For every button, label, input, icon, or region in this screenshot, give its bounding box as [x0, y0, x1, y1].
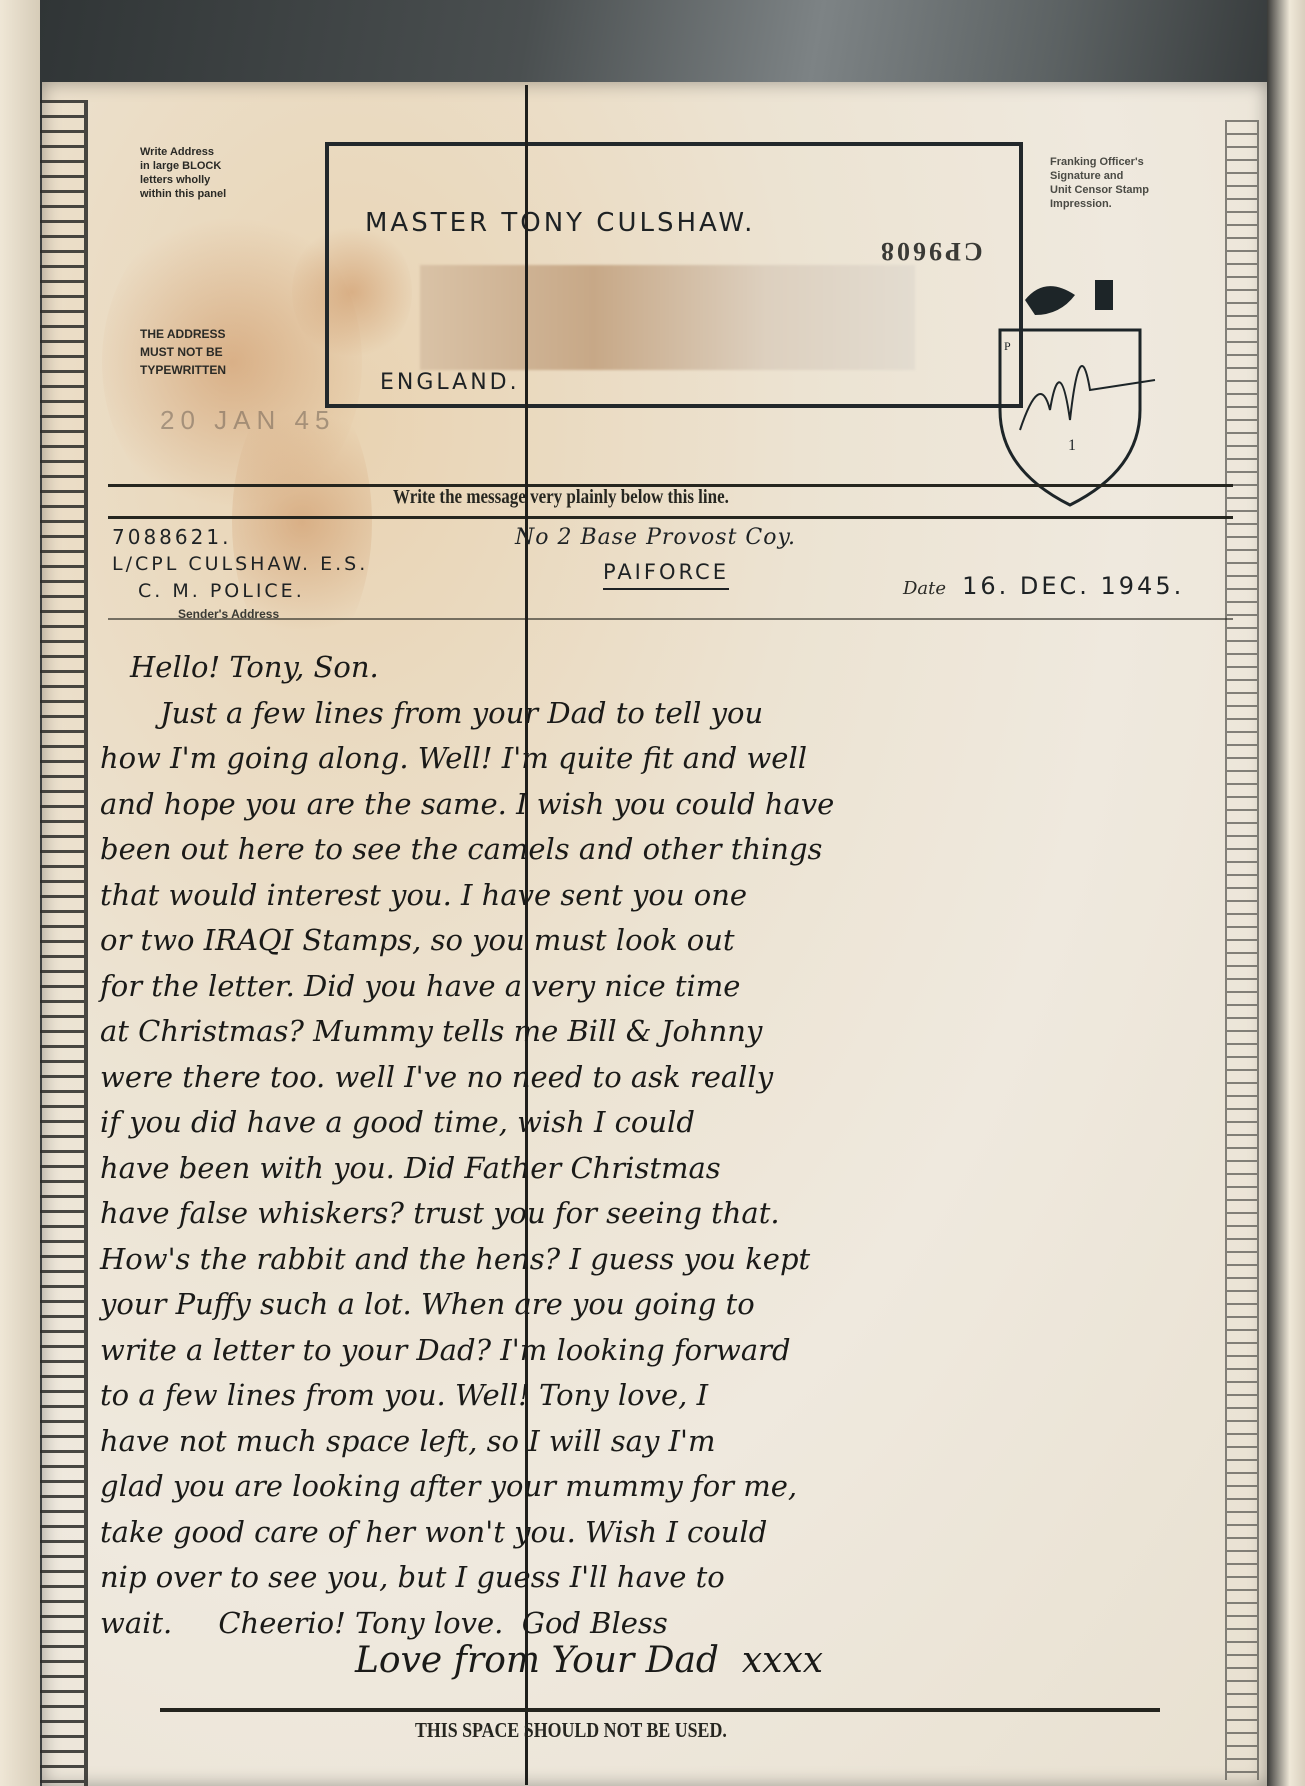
- service-number: 7088621.: [112, 525, 231, 549]
- body-line: that would interest you. I have sent you…: [100, 873, 1230, 919]
- censor-stamp-shield-icon: P 1: [990, 270, 1160, 510]
- body-line: glad you are looking after your mummy fo…: [100, 1464, 1230, 1510]
- body-line: for the letter. Did you have a very nice…: [100, 964, 1230, 1010]
- serial-mark: CP9608: [878, 236, 983, 266]
- censor-number: 1: [1068, 437, 1076, 454]
- message-instruction: Write the message very plainly below thi…: [393, 486, 729, 509]
- footer-rule: [160, 1708, 1160, 1712]
- body-line: take good care of her won't you. Wish I …: [100, 1510, 1230, 1556]
- recipient-name: MASTER TONY CULSHAW.: [365, 208, 755, 238]
- body-line: How's the rabbit and the hens? I guess y…: [100, 1237, 1230, 1283]
- signoff: Love from Your Dad xxxx: [355, 1640, 823, 1681]
- address-instruction: Write Address in large BLOCK letters who…: [140, 145, 226, 201]
- body-line: nip over to see you, but I guess I'll ha…: [100, 1555, 1230, 1601]
- typewritten-warning: THE ADDRESS MUST NOT BE TYPEWRITTEN: [140, 325, 226, 379]
- unit-address-line1: No 2 Base Provost Coy.: [515, 525, 796, 550]
- header-divider: [108, 618, 1233, 620]
- censor-mark: P: [1004, 339, 1011, 353]
- body-line: your Puffy such a lot. When are you goin…: [100, 1282, 1230, 1328]
- postmark: 20 JAN 45: [160, 405, 335, 436]
- message-bottom-rule: [108, 516, 1233, 519]
- letter-date: 16. DEC. 1945.: [962, 572, 1184, 600]
- date-label: Date: [903, 578, 946, 599]
- unit-address-line2: PAIFORCE: [603, 560, 729, 590]
- redacted-address: [420, 265, 915, 370]
- underlying-sheet: [0, 0, 40, 1786]
- body-line: have not much space left, so I will say …: [100, 1419, 1230, 1465]
- letter-body: Hello! Tony, Son. Just a few lines from …: [100, 645, 1230, 1646]
- body-line: have false whiskers? trust you for seein…: [100, 1191, 1230, 1237]
- date-field: Date 16. DEC. 1945.: [903, 572, 1184, 600]
- left-ruler-margin: [40, 100, 88, 1786]
- body-line: at Christmas? Mummy tells me Bill & John…: [100, 1009, 1230, 1055]
- body-line: been out here to see the camels and othe…: [100, 827, 1230, 873]
- body-line: Just a few lines from your Dad to tell y…: [160, 691, 1230, 737]
- body-line: how I'm going along. Well! I'm quite fit…: [100, 736, 1230, 782]
- franking-instruction: Franking Officer's Signature and Unit Ce…: [1050, 155, 1149, 211]
- body-line: if you did have a good time, wish I coul…: [100, 1100, 1230, 1146]
- sender-unit: C. M. POLICE.: [138, 580, 305, 602]
- body-line: or two IRAQI Stamps, so you must look ou…: [100, 918, 1230, 964]
- body-line: to a few lines from you. Well! Tony love…: [100, 1373, 1230, 1419]
- footer-instruction: THIS SPACE SHOULD NOT BE USED.: [415, 1718, 727, 1743]
- body-line: were there too. well I've no need to ask…: [100, 1055, 1230, 1101]
- sheet-edge: [1267, 0, 1305, 1786]
- body-line: write a letter to your Dad? I'm looking …: [100, 1328, 1230, 1374]
- body-line: have been with you. Did Father Christmas: [100, 1146, 1230, 1192]
- sender-name: L/CPL CULSHAW. E.S.: [112, 553, 368, 575]
- body-line: and hope you are the same. I wish you co…: [100, 782, 1230, 828]
- recipient-country: ENGLAND.: [380, 370, 520, 395]
- right-ruler-margin: [1225, 120, 1259, 1780]
- greeting: Hello! Tony, Son.: [130, 645, 1230, 691]
